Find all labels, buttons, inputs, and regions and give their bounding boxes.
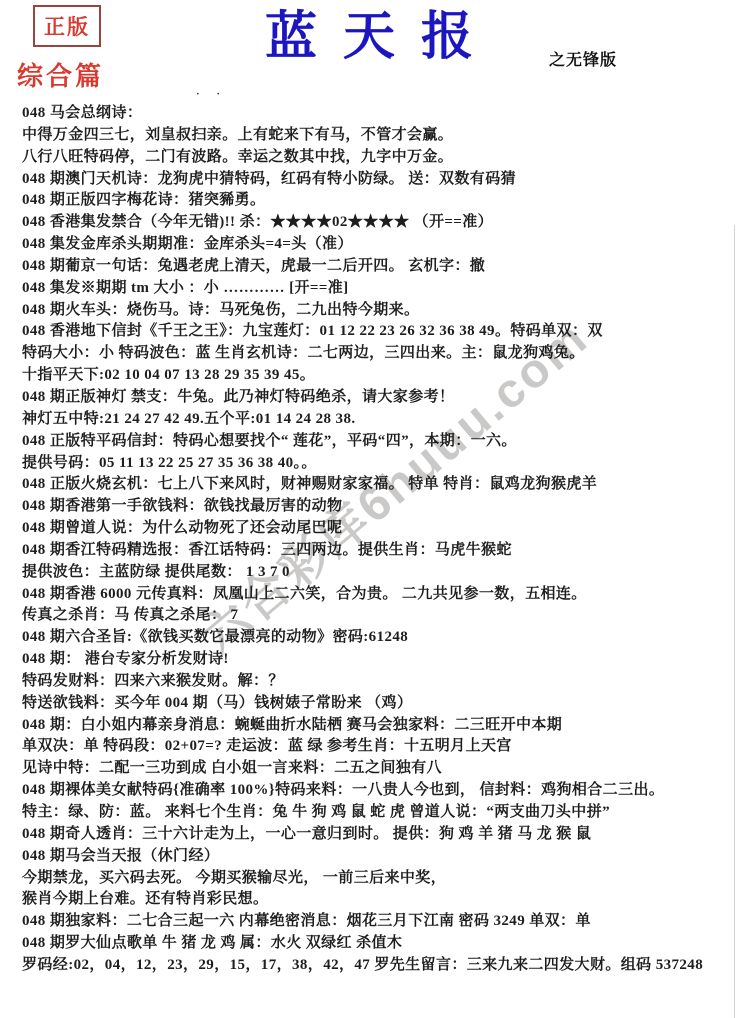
- text-line: 048 期香江特码精选报：香江话特码：三四两边。提供生肖：马虎牛猴蛇: [22, 540, 736, 562]
- text-line: 048 期正版四字梅花诗：猪突豨勇。: [22, 190, 736, 212]
- text-line: 特送欲钱料：买今年 004 期（马）钱树婊子常盼来 （鸡）: [22, 693, 736, 715]
- text-line: 八行八旺特码停，二门有波路。幸运之数其中找，九字中万金。: [22, 147, 736, 169]
- text-line: 048 期马会当天报（休门经）: [22, 846, 736, 868]
- text-line: 猴肖今期上台难。还有特肖彩民想。: [22, 889, 736, 911]
- text-line: 048 香港地下信封《千王之王》：九宝莲灯：01 12 22 23 26 32 …: [22, 321, 736, 343]
- text-line: 048 期：白小姐内幕亲身消息：蜿蜒曲折水陆栖 赛马会独家料：二三旺开中本期: [22, 715, 736, 737]
- text-line: 048 期香港第一手欲钱料：欲钱找最厉害的动物: [22, 496, 736, 518]
- text-line: 048 期曾道人说：为什么动物死了还会动尾巴呢: [22, 518, 736, 540]
- text-line: 048 期裸体美女献特码{准确率 100%}特码来料：一八贵人今也到， 信封料：…: [22, 780, 736, 802]
- text-line: 048 期奇人透肖：三十六计走为上，一心一意归到时。 提供：狗 鸡 羊 猪 马 …: [22, 824, 736, 846]
- text-line: 单双决：单 特码段：02+07=? 走运波：蓝 绿 参考生肖：十五明月上天宫: [22, 736, 736, 758]
- text-line: 048 马会总纲诗：: [22, 103, 736, 125]
- text-line: 048 香港集发禁合（今年无错)!! 杀：★★★★02★★★★ （开==准）: [22, 212, 736, 234]
- text-line: 特主：绿、防：蓝。 来料七个生肖：兔 牛 狗 鸡 鼠 蛇 虎 曾道人说：“两支曲…: [22, 802, 736, 824]
- text-line: 048 期六合圣旨:《欲钱买数它最漂亮的动物》密码:61248: [22, 627, 736, 649]
- text-line: 传真之杀肖：马 传真之杀尾： 7: [22, 605, 736, 627]
- scan-dot-marks: · ·: [196, 88, 227, 100]
- text-line: 048 期： 港台专家分析发财诗!: [22, 649, 736, 671]
- text-line: 十指平天下:02 10 04 07 13 28 29 35 39 45。: [22, 365, 736, 387]
- text-line: 中得万金四三七，刘皇叔扫亲。上有蛇来下有马，不管才会赢。: [22, 125, 736, 147]
- text-line: 048 期独家料：二七合三起一六 内幕绝密消息：烟花三月下江南 密码 3249 …: [22, 911, 736, 933]
- text-line: 特码发财料：四来六来猴发财。解：？: [22, 671, 736, 693]
- text-line: 提供波色：主蓝防绿 提供尾数： 1 3 7 0: [22, 562, 736, 584]
- text-line: 罗码经:02，04，12，23，29，15，17，38，42，47 罗先生留言：…: [22, 955, 736, 977]
- section-title: 综合篇: [17, 56, 104, 93]
- text-line: 048 集发※期期 tm 大小 ：小 ………… [开==准]: [22, 278, 736, 300]
- text-line: 048 期火车头：烧伤马。诗：马死兔伤，二九出特今期来。: [22, 300, 736, 322]
- lottery-tip-sheet: 正版 蓝天报 之无锋版 综合篇 · · 六合彩库6huuu.com 048 马会…: [0, 0, 738, 1018]
- text-line: 048 期香港 6000 元传真料：凤凰山上二六笑，合为贵。 二九共见参一数，五…: [22, 584, 736, 606]
- edition-label: 之无锋版: [549, 47, 617, 70]
- page-title: 蓝天报: [0, 0, 738, 69]
- text-line: 048 期葡京一句话：兔遇老虎上清天，虎最一二后开四。 玄机字：撤: [22, 256, 736, 278]
- text-line: 048 集发金库杀头期期准：金库杀头=4=头（准）: [22, 234, 736, 256]
- text-line: 048 期罗大仙点歌单 牛 猪 龙 鸡 属：水火 双绿红 杀值木: [22, 933, 736, 955]
- text-line: 048 正版火烧玄机：七上八下来风时，财神赐财家家福。 特单 特肖：鼠鸡龙狗猴虎…: [22, 474, 736, 496]
- text-line: 048 期澳门天机诗：龙狗虎中猜特码，红码有特小防绿。 送：双数有码猜: [22, 169, 736, 191]
- text-line: 神灯五中特:21 24 27 42 49.五个平:01 14 24 28 38.: [22, 409, 736, 431]
- text-line: 提供号码：05 11 13 22 25 27 35 36 38 40。。: [22, 453, 736, 475]
- tip-lines-container: 048 马会总纲诗：中得万金四三七，刘皇叔扫亲。上有蛇来下有马，不管才会赢。八行…: [22, 103, 736, 977]
- text-line: 048 正版特平码信封：特码心想要找个“ 莲花”，平码“四”，本期：一六。: [22, 431, 736, 453]
- text-line: 见诗中特：二配一三功到成 白小姐一言来料：二五之间独有八: [22, 758, 736, 780]
- text-line: 048 期正版神灯 禁支：牛兔。此乃神灯特码绝杀，请大家参考！: [22, 387, 736, 409]
- text-line: 特码大小：小 特码波色：蓝 生肖玄机诗：二七两边，三四出来。主：鼠龙狗鸡兔。: [22, 343, 736, 365]
- text-line: 今期禁龙，买六码去死。 今期买猴输尽光， 一前三后来中奖，: [22, 868, 736, 890]
